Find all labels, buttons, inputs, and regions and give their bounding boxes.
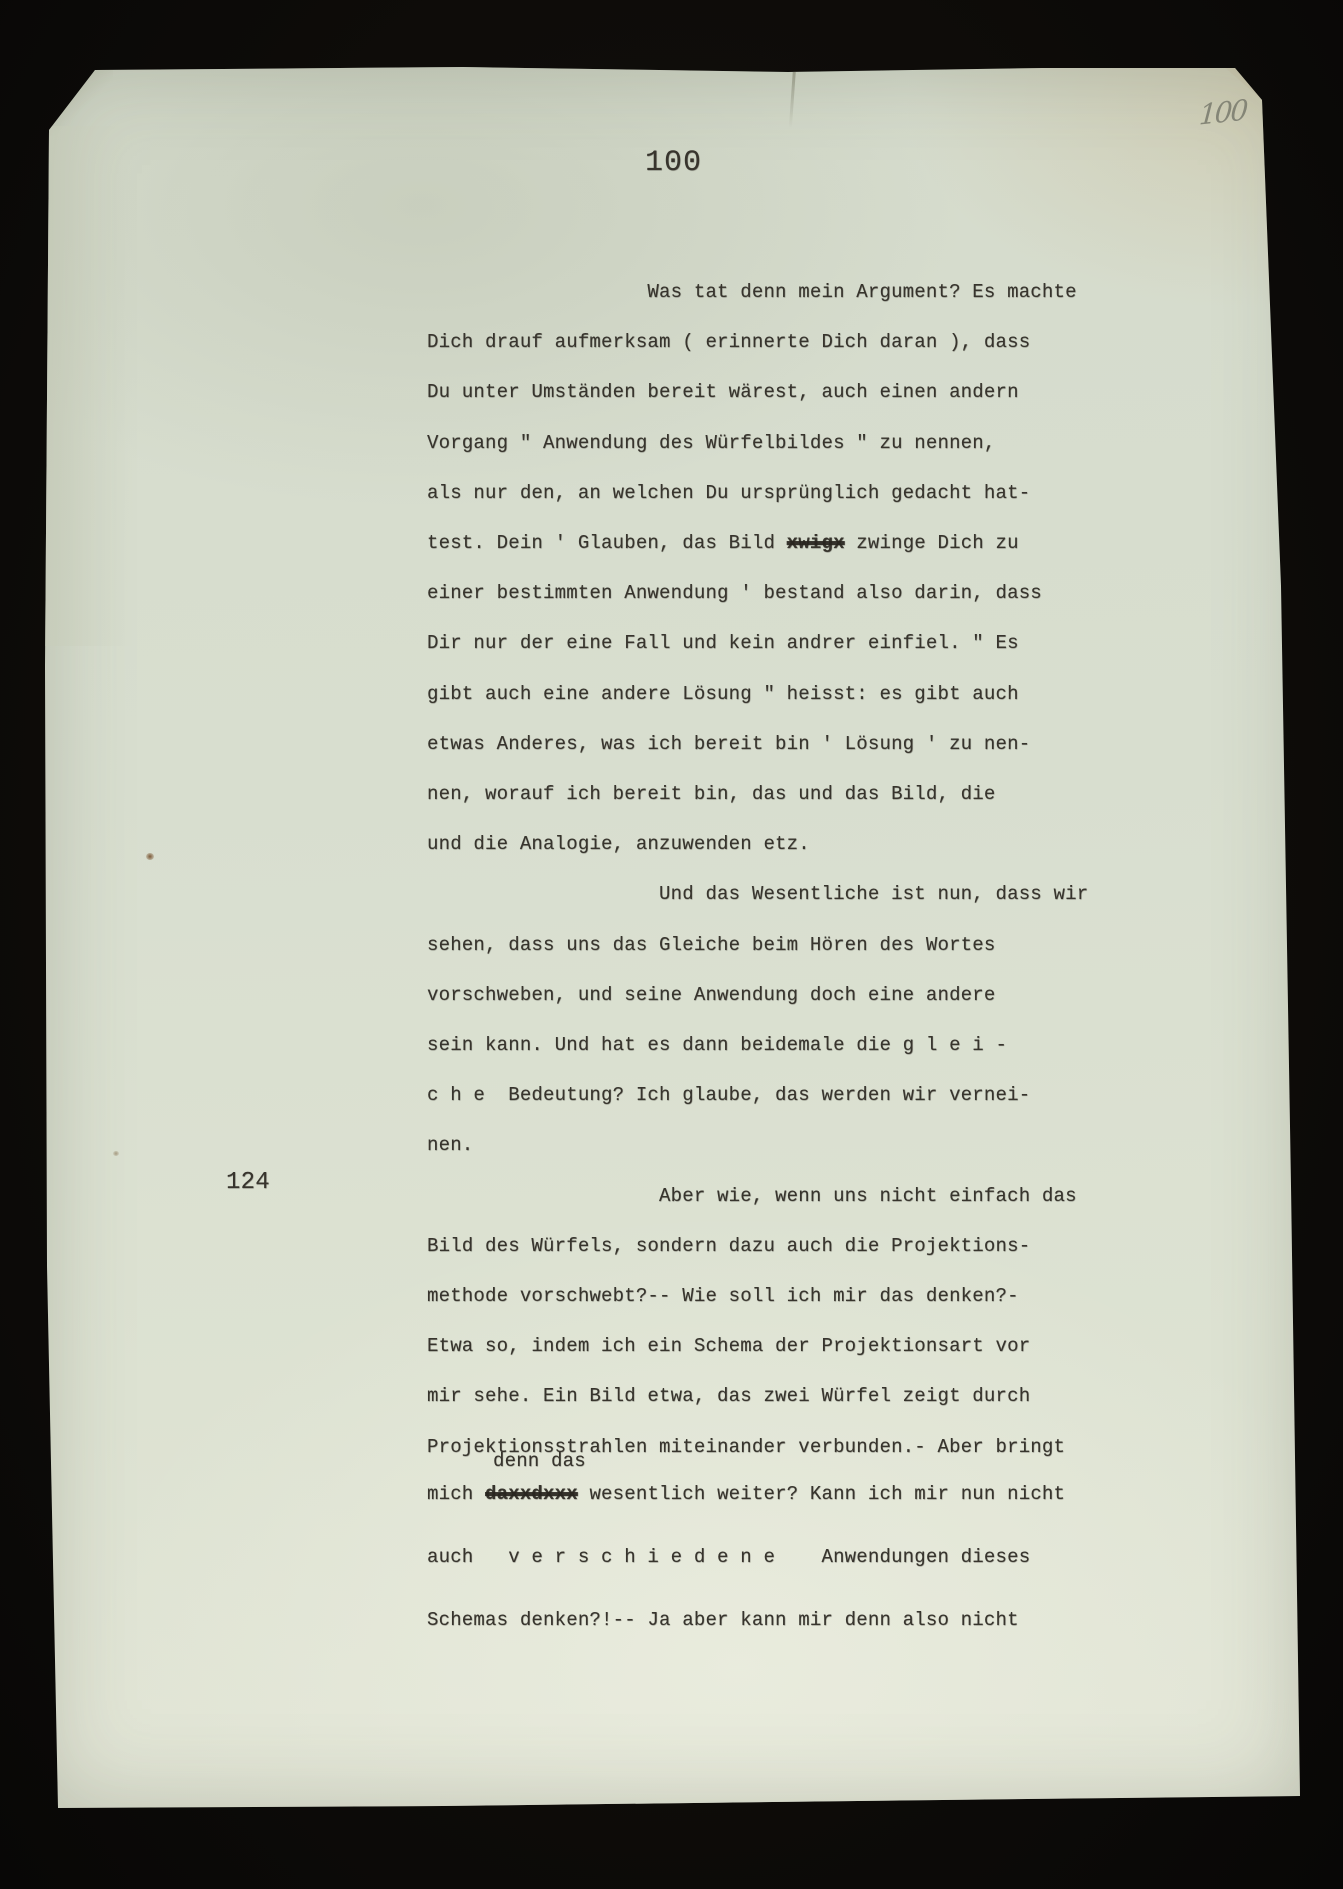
typed-line: Und das Wesentliche ist nun, dass wir bbox=[427, 884, 1088, 905]
typed-line: sein kann. Und hat es dann beidemale die… bbox=[427, 1035, 1007, 1056]
typed-line: Was tat denn mein Argument? Es machte bbox=[427, 282, 1077, 303]
typed-text: gibt auch eine andere Lösung " heisst: e… bbox=[427, 683, 1019, 705]
typed-line: mir sehe. Ein Bild etwa, das zwei Würfel… bbox=[427, 1386, 1030, 1407]
typed-text: Bild des Würfels, sondern dazu auch die … bbox=[427, 1235, 1030, 1257]
typed-line: Bild des Würfels, sondern dazu auch die … bbox=[427, 1236, 1030, 1257]
typed-line: sehen, dass uns das Gleiche beim Hören d… bbox=[427, 935, 996, 956]
typed-text: mich bbox=[427, 1483, 485, 1505]
typed-text: test. Dein ' Glauben, das Bild bbox=[427, 532, 787, 554]
typed-text: Etwa so, indem ich ein Schema der Projek… bbox=[427, 1335, 1030, 1357]
typed-text: Vorgang " Anwendung des Würfelbildes " z… bbox=[427, 432, 996, 454]
typed-text: methode vorschwebt?-- Wie soll ich mir d… bbox=[427, 1285, 1019, 1307]
typed-text: nen, worauf ich bereit bin, das und das … bbox=[427, 783, 996, 805]
typed-text: und die Analogie, anzuwenden etz. bbox=[427, 833, 810, 855]
typed-text: Und das Wesentliche ist nun, dass wir bbox=[427, 883, 1088, 905]
typed-line: Etwa so, indem ich ein Schema der Projek… bbox=[427, 1336, 1030, 1357]
struck-out-word: daxxdxxx bbox=[485, 1483, 578, 1505]
typed-text: Dich drauf aufmerksam ( erinnerte Dich d… bbox=[427, 331, 1030, 353]
typed-text: zwinge Dich zu bbox=[845, 532, 1019, 554]
typed-line: test. Dein ' Glauben, das Bild xwigx zwi… bbox=[427, 533, 1019, 554]
typed-line: nen, worauf ich bereit bin, das und das … bbox=[427, 784, 996, 805]
typed-line: nen. bbox=[427, 1135, 473, 1156]
typed-line: Schemas denken?!-- Ja aber kann mir denn… bbox=[427, 1610, 1019, 1631]
typed-line: einer bestimmten Anwendung ' bestand als… bbox=[427, 583, 1042, 604]
typed-line: und die Analogie, anzuwenden etz. bbox=[427, 834, 810, 855]
typed-line: Vorgang " Anwendung des Würfelbildes " z… bbox=[427, 433, 996, 454]
typed-text: c h e Bedeutung? Ich glaube, das werden … bbox=[427, 1084, 1030, 1106]
typed-line: Dir nur der eine Fall und kein andrer ei… bbox=[427, 633, 1019, 654]
typed-text: sehen, dass uns das Gleiche beim Hören d… bbox=[427, 934, 996, 956]
typed-line: als nur den, an welchen Du ursprünglich … bbox=[427, 483, 1030, 504]
typed-text: sein kann. Und hat es dann beidemale die… bbox=[427, 1034, 1007, 1056]
edge-smudge bbox=[43, 126, 133, 646]
typed-line: vorschweben, und seine Anwendung doch ei… bbox=[427, 985, 996, 1006]
paper-crease bbox=[789, 66, 796, 128]
typed-text: einer bestimmten Anwendung ' bestand als… bbox=[427, 582, 1042, 604]
typed-line: etwas Anderes, was ich bereit bin ' Lösu… bbox=[427, 734, 1030, 755]
typed-text: Was tat denn mein Argument? Es machte bbox=[427, 281, 1077, 303]
typed-text: vorschweben, und seine Anwendung doch ei… bbox=[427, 984, 996, 1006]
typed-text: als nur den, an welchen Du ursprünglich … bbox=[427, 482, 1030, 504]
typed-line: Dich drauf aufmerksam ( erinnerte Dich d… bbox=[427, 332, 1030, 353]
typescript-page: 100 100 124 denn das Was tat denn mein A… bbox=[43, 66, 1305, 1808]
typed-text: wesentlich weiter? Kann ich mir nun nich… bbox=[578, 1483, 1065, 1505]
typed-text: mir sehe. Ein Bild etwa, das zwei Würfel… bbox=[427, 1385, 1030, 1407]
typed-text: Schemas denken?!-- Ja aber kann mir denn… bbox=[427, 1609, 1019, 1631]
typed-text: Projektionsstrahlen miteinander verbunde… bbox=[427, 1436, 1065, 1458]
typed-text: nen. bbox=[427, 1134, 473, 1156]
page-number-typed: 100 bbox=[645, 146, 702, 180]
stain bbox=[146, 853, 154, 860]
typed-line: Projektionsstrahlen miteinander verbunde… bbox=[427, 1437, 1065, 1458]
typed-line: gibt auch eine andere Lösung " heisst: e… bbox=[427, 684, 1019, 705]
typed-line: mich daxxdxxx wesentlich weiter? Kann ic… bbox=[427, 1484, 1065, 1505]
typed-line: methode vorschwebt?-- Wie soll ich mir d… bbox=[427, 1286, 1019, 1307]
stain bbox=[113, 1151, 119, 1156]
typed-text: Aber wie, wenn uns nicht einfach das bbox=[427, 1185, 1077, 1207]
margin-remark-number: 124 bbox=[226, 1169, 270, 1196]
struck-out-word: xwigx bbox=[787, 532, 845, 554]
typed-text: Du unter Umständen bereit wärest, auch e… bbox=[427, 381, 1019, 403]
page-number-handwritten: 100 bbox=[1198, 93, 1248, 131]
typed-line: c h e Bedeutung? Ich glaube, das werden … bbox=[427, 1085, 1030, 1106]
typed-text: etwas Anderes, was ich bereit bin ' Lösu… bbox=[427, 733, 1030, 755]
typed-line: auch v e r s c h i e d e n e Anwendungen… bbox=[427, 1547, 1030, 1568]
typed-line: Aber wie, wenn uns nicht einfach das bbox=[427, 1186, 1077, 1207]
typed-text: auch v e r s c h i e d e n e Anwendungen… bbox=[427, 1546, 1030, 1568]
typed-line: Du unter Umständen bereit wärest, auch e… bbox=[427, 382, 1019, 403]
scan-background: 100 100 124 denn das Was tat denn mein A… bbox=[0, 0, 1343, 1889]
typed-text: Dir nur der eine Fall und kein andrer ei… bbox=[427, 632, 1019, 654]
